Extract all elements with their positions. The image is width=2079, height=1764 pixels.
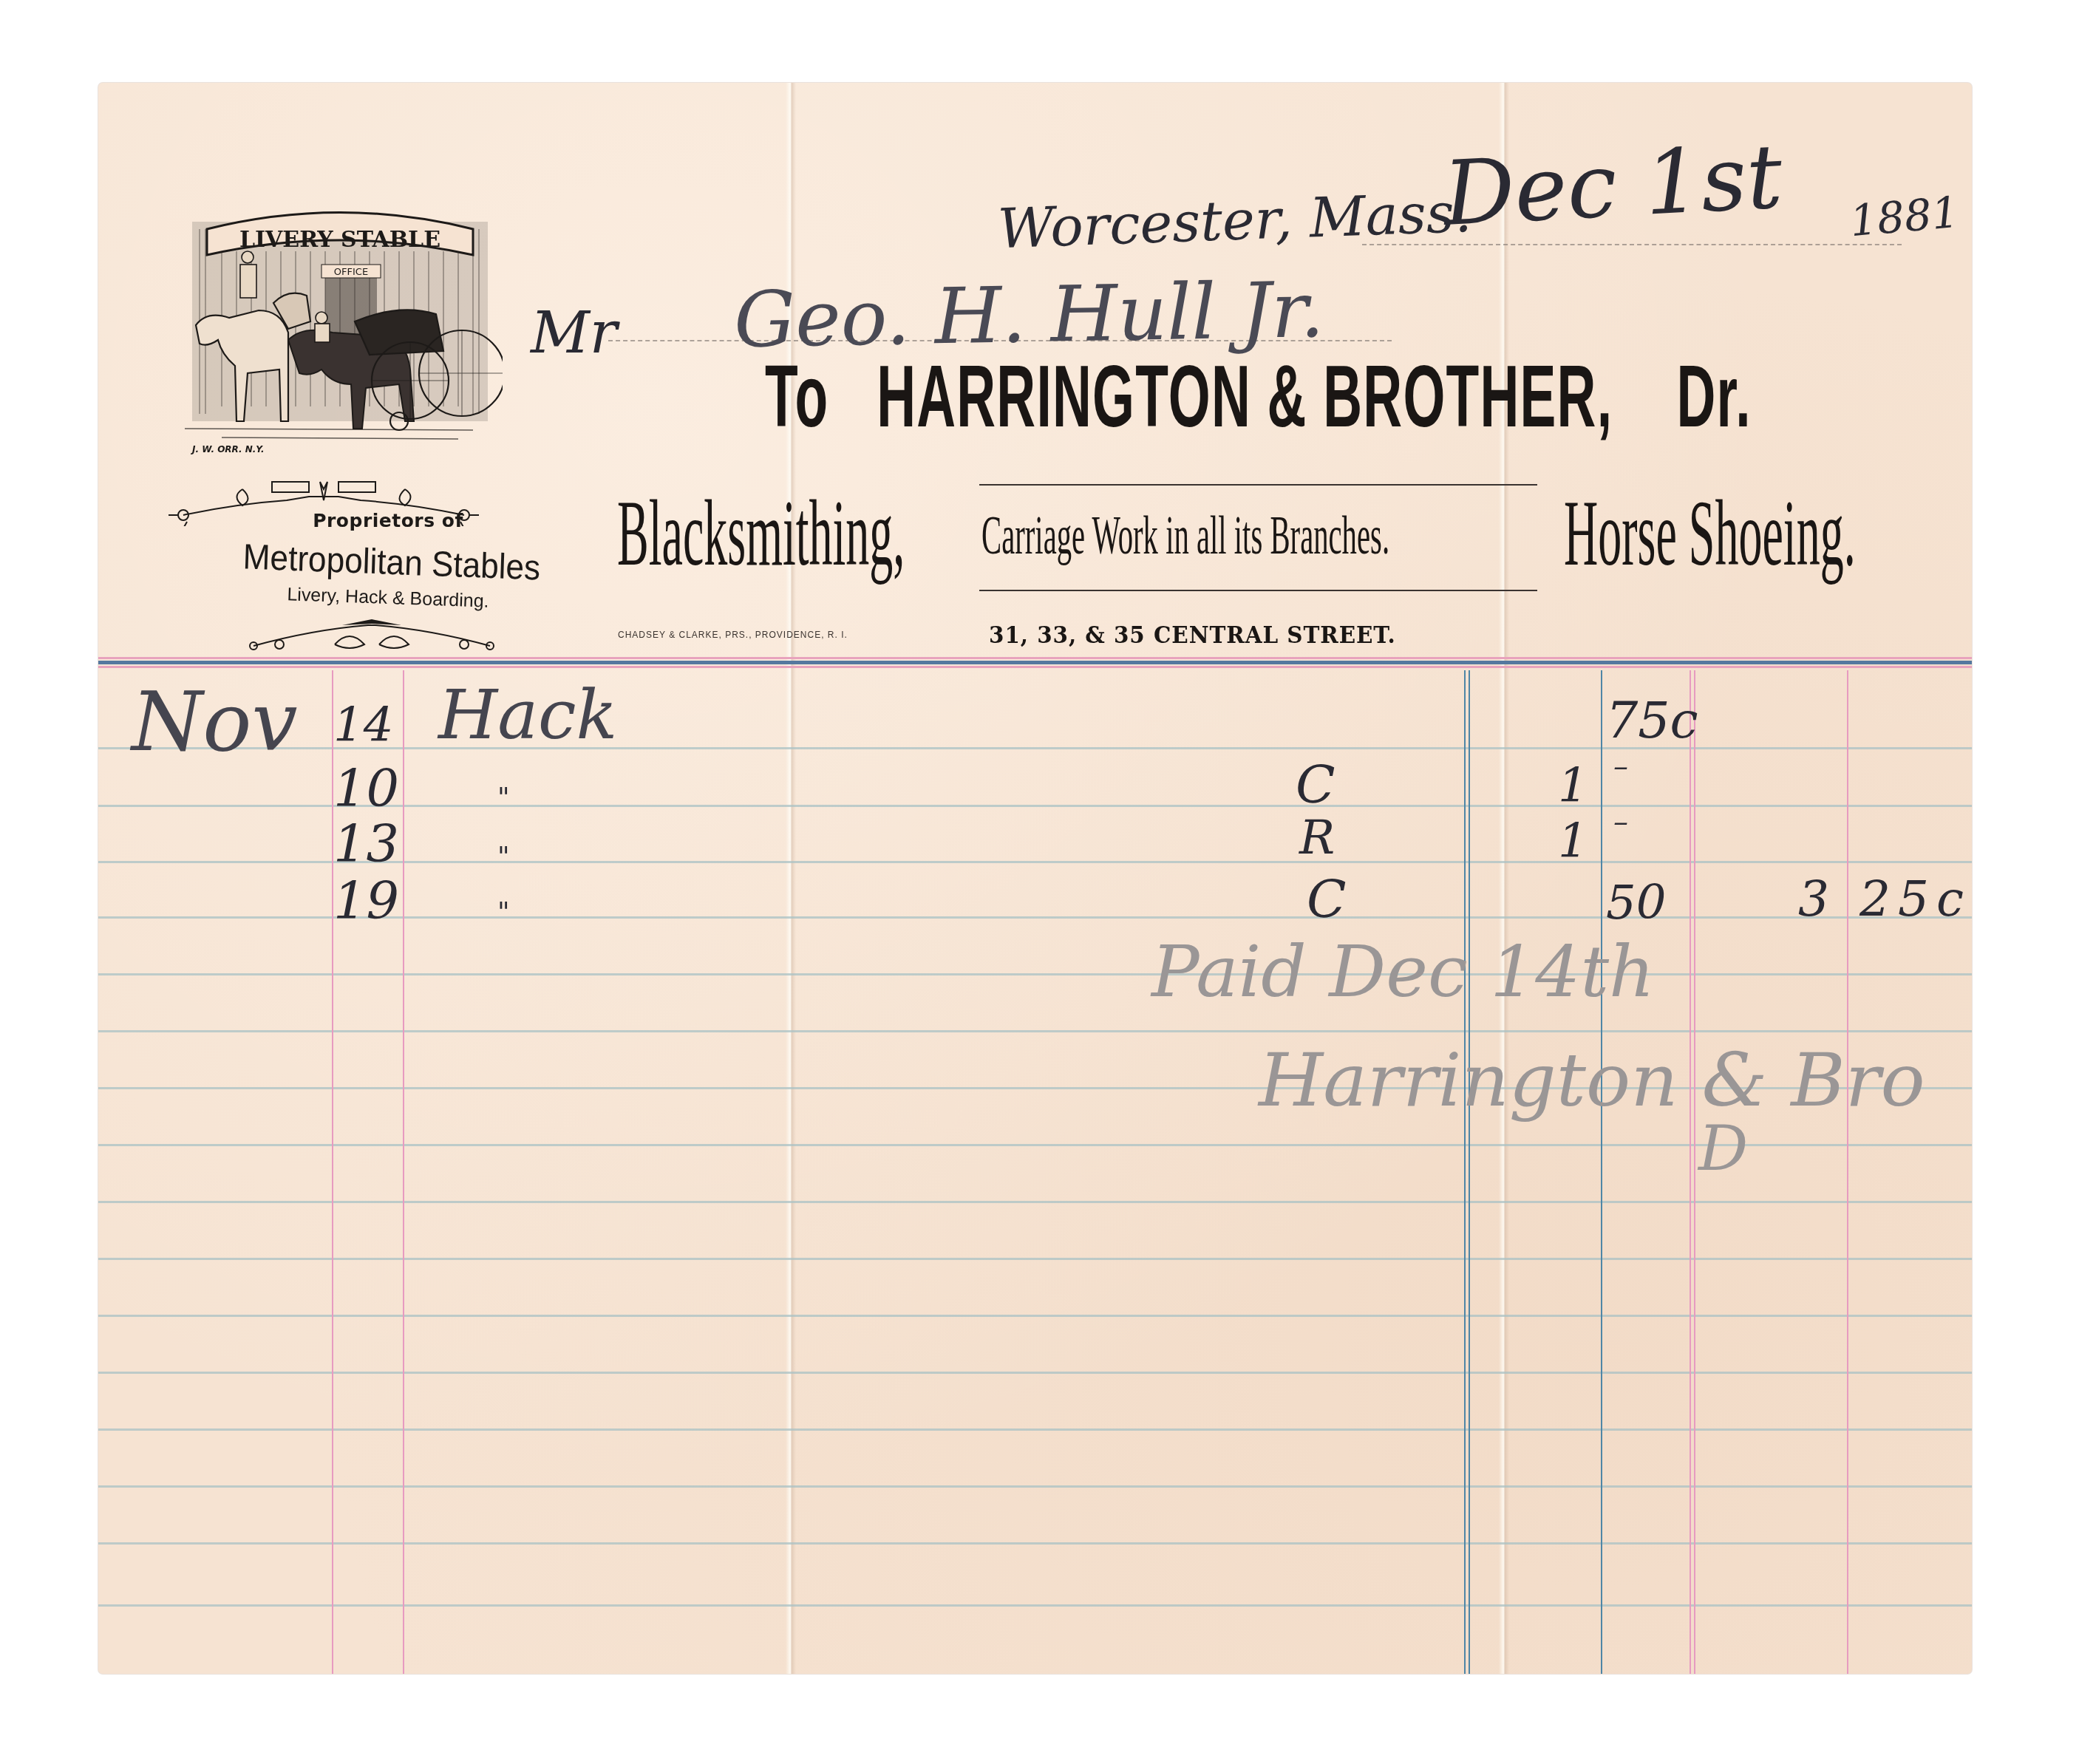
header-rule <box>98 661 1972 664</box>
total-column-rule <box>1690 670 1691 1674</box>
ledger-cents: – <box>1613 752 1628 781</box>
date-handwriting: Dec 1st <box>1441 133 1784 239</box>
svg-text:LIVERY STABLE: LIVERY STABLE <box>239 227 440 253</box>
ledger-item: " <box>497 785 510 811</box>
paid-initial: D <box>1698 1117 1748 1179</box>
service-horse-shoeing: Horse Shoeing. <box>1564 486 1856 580</box>
ledger-cents: 50 <box>1606 879 1666 927</box>
invoice-paper: LIVERY STABLE OFFICE <box>98 83 1972 1674</box>
cents-column-rule <box>1601 670 1602 1674</box>
ledger-item: " <box>497 899 510 926</box>
service-blacksmithing: Blacksmithing, <box>617 486 905 580</box>
customer-name: Geo. H. Hull Jr. <box>733 271 1324 358</box>
amount-column-rule <box>1469 670 1470 1674</box>
place-handwriting: Worcester, Mass. <box>997 185 1473 256</box>
ledger-day: 19 <box>333 875 399 927</box>
firm-heading: To HARRINGTON & BROTHER, Dr. <box>765 353 1752 440</box>
ledger-dollars: 1 <box>1558 818 1588 865</box>
year-handwriting: 1881 <box>1848 191 1961 243</box>
ledger-day: 10 <box>333 763 399 814</box>
livery-stable-engraving-icon: LIVERY STABLE OFFICE <box>177 200 503 458</box>
service-rule-bottom <box>979 590 1537 591</box>
ledger-cents: 75c <box>1606 696 1698 746</box>
header-rule <box>98 657 1972 659</box>
total-cents-column-rule <box>1847 670 1848 1674</box>
scroll-ornament-bottom-icon <box>246 616 497 653</box>
day-column-rule <box>403 670 404 1674</box>
service-rule-top <box>979 484 1537 486</box>
ledger-month: Nov <box>132 681 298 763</box>
svg-text:OFFICE: OFFICE <box>334 267 368 278</box>
ledger-mark: C <box>1296 759 1335 811</box>
paid-signature: Harrington & Bro <box>1259 1043 1925 1117</box>
header-rule <box>98 666 1972 668</box>
ledger-dollars: 1 <box>1558 763 1588 810</box>
ledger-item: Hack <box>438 681 617 749</box>
ledger-cents: – <box>1613 807 1628 837</box>
svg-text:J. W. ORR. N.Y.: J. W. ORR. N.Y. <box>191 444 265 454</box>
paid-note: Paid Dec 14th <box>1151 936 1655 1007</box>
heading-dr: Dr. <box>1676 348 1751 446</box>
customer-prefix: Mr <box>531 304 617 362</box>
heading-to: To <box>765 348 828 446</box>
business-name: Metropolitan Stables <box>235 537 549 589</box>
ledger-mark: C <box>1307 874 1347 925</box>
business-services: Livery, Hack & Boarding. <box>266 583 511 613</box>
service-carriage-work: Carriage Work in all its Branches. <box>981 508 1389 563</box>
amount-column-rule <box>1464 670 1466 1674</box>
proprietors-of-label: Proprietors of <box>266 510 510 531</box>
printer-credit: CHADSEY & CLARKE, PRS., PROVIDENCE, R. I… <box>618 630 848 640</box>
ledger-day: 13 <box>333 818 399 870</box>
ledger-mark: R <box>1299 814 1335 862</box>
ledger-total: 3 25c <box>1798 875 1971 924</box>
total-column-rule <box>1694 670 1695 1674</box>
fold-crease <box>1499 83 1509 1674</box>
livery-stable-illustration: LIVERY STABLE OFFICE <box>177 200 503 458</box>
ledger-day: 14 <box>333 702 393 749</box>
heading-firm-name: HARRINGTON & BROTHER, <box>877 348 1613 446</box>
ledger-item: " <box>497 844 510 871</box>
street-address: 31, 33, & 35 CENTRAL STREET. <box>989 621 1396 649</box>
date-dotted-line <box>1362 244 1902 245</box>
